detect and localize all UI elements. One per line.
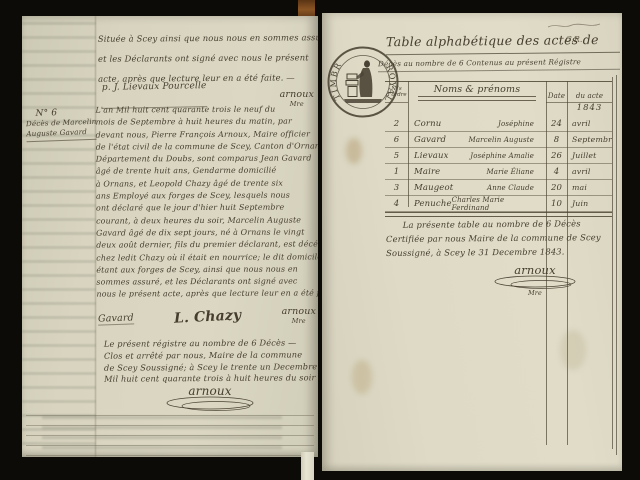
cell-surname: Cornu (414, 119, 441, 129)
register-scan: Située à Scey ainsi que nous nous en som… (0, 0, 640, 480)
subtitle-underline (378, 69, 620, 73)
cell-surname: Maire (414, 167, 440, 177)
certification-text: La présente table au nombre de 6 Décès C… (386, 216, 622, 260)
cell-day: 8 (546, 132, 567, 147)
cell-month: avril (567, 164, 612, 179)
header-acte: du acte (567, 82, 612, 103)
cell-day: 26 (546, 148, 567, 163)
binding-tab (298, 0, 315, 16)
table-row: 2 CornuJoséphine 24 avril (385, 116, 612, 132)
stamp-text-timbre: TIMBRE (325, 44, 344, 101)
signature-gavard: Gavard (98, 312, 134, 325)
paper-stain (346, 138, 362, 164)
bleedthrough-texture (22, 16, 96, 457)
header-order-line2: d'ordre (386, 92, 406, 99)
cell-order: 1 (385, 164, 408, 179)
cell-day: 20 (546, 180, 567, 195)
table-header-row: N°s d'ordre Noms & prénoms Date du acte (385, 82, 612, 103)
cell-day: 4 (546, 164, 567, 179)
table-row: 1 MaireMarie Éliane 4 avril (385, 164, 612, 180)
table-row: 4 PenucheCharles Marie Ferdinand 10 Juin (385, 196, 612, 212)
table-row: 6 GavardMarcelin Auguste 8 Septembre (385, 132, 612, 148)
header-names-label: Noms & prénoms (434, 84, 520, 95)
cell-day: 10 (546, 196, 567, 211)
header-date: Date (546, 82, 567, 103)
stamp-figure (344, 60, 382, 103)
signature-arnoux-act: arnoux (282, 306, 316, 317)
signature-arnoux-table-title: Mre (470, 289, 600, 297)
act-signatures: Gavard L. Chazy arnoux Mre (98, 299, 316, 325)
cell-order: 6 (385, 132, 408, 147)
cell-surname: Gavard (414, 135, 446, 145)
cell-surname: Penuche (414, 199, 452, 209)
paper-stain (352, 360, 372, 394)
table-row: 5 LievauxJoséphine Amalie 26 Juillet (385, 148, 612, 164)
signature-arnoux-act-title: Mre (282, 317, 316, 325)
death-act-text: L'an Mil huit cent quarante trois le neu… (95, 103, 318, 301)
table-row: 3 MaugeotAnne Claude 20 mai (385, 180, 612, 196)
previous-act-fragment: Située à Scey ainsi que nous nous en som… (98, 27, 316, 89)
signature-flourish (492, 275, 578, 290)
page-edge-line (616, 75, 617, 455)
bleedthrough-smudge (42, 412, 282, 452)
table-title: Table alphabétique des actes de (386, 32, 622, 49)
paper-stain (560, 330, 586, 370)
cell-month: avril (567, 116, 612, 131)
signature-chazy: L. Chazy (174, 307, 242, 326)
cell-month: Juillet (567, 148, 612, 163)
table-year-row: 1843 (385, 103, 612, 116)
cell-firstname: Marcelin Auguste (469, 136, 534, 144)
page-edge-line (612, 77, 613, 449)
cell-firstname: Joséphine (498, 120, 534, 128)
svg-text:TIMBRE: TIMBRE (325, 44, 344, 101)
signature-arnoux-closing: arnoux (188, 384, 231, 398)
signature-arnoux-table: arnoux (514, 263, 555, 277)
header-order: N°s d'ordre (385, 82, 408, 103)
cell-firstname: Joséphine Amalie (470, 152, 534, 160)
column-line (408, 81, 409, 207)
cell-month: Septembre (567, 132, 612, 147)
header-names-double-rule (418, 96, 537, 101)
left-page: Située à Scey ainsi que nous nous en som… (22, 16, 318, 457)
act-margin-note-text: Décès de Marcelin Auguste Gavard (26, 117, 97, 138)
cell-firstname: Charles Marie Ferdinand (452, 196, 534, 211)
register-closing-text: Le présent régistre au nombre de 6 Décès… (104, 337, 318, 386)
table-subtitle: Décès au nombre de 6 Contenus au présent… (378, 57, 622, 69)
cell-order: 5 (385, 148, 408, 163)
cell-month: Juin (567, 196, 612, 211)
acts-table: N°s d'ordre Noms & prénoms Date du acte … (385, 81, 612, 217)
cell-firstname: Marie Éliane (486, 168, 534, 176)
cell-order: 3 (385, 180, 408, 195)
cell-order: 4 (385, 196, 408, 211)
title-underline (386, 52, 620, 55)
cell-surname: Maugeot (414, 183, 453, 193)
table-year: 1843 (567, 103, 612, 116)
cell-surname: Lievaux (414, 151, 449, 161)
cell-month: mai (567, 180, 612, 195)
cell-day: 24 (546, 116, 567, 131)
collation-squiggle (546, 21, 602, 31)
cell-firstname: Anne Claude (487, 184, 534, 192)
right-page: C.R. TIMBRE ROYAL Table alphab (322, 13, 622, 471)
signature-arnoux-fragment: arnoux (280, 89, 314, 100)
certification-signature-block: arnoux Mre (470, 263, 600, 297)
bookmark-ribbon (301, 452, 314, 480)
header-names: Noms & prénoms (408, 82, 546, 103)
cell-order: 2 (385, 116, 408, 131)
act-margin-note: N° 6 Décès de Marcelin Auguste Gavard (25, 107, 96, 142)
